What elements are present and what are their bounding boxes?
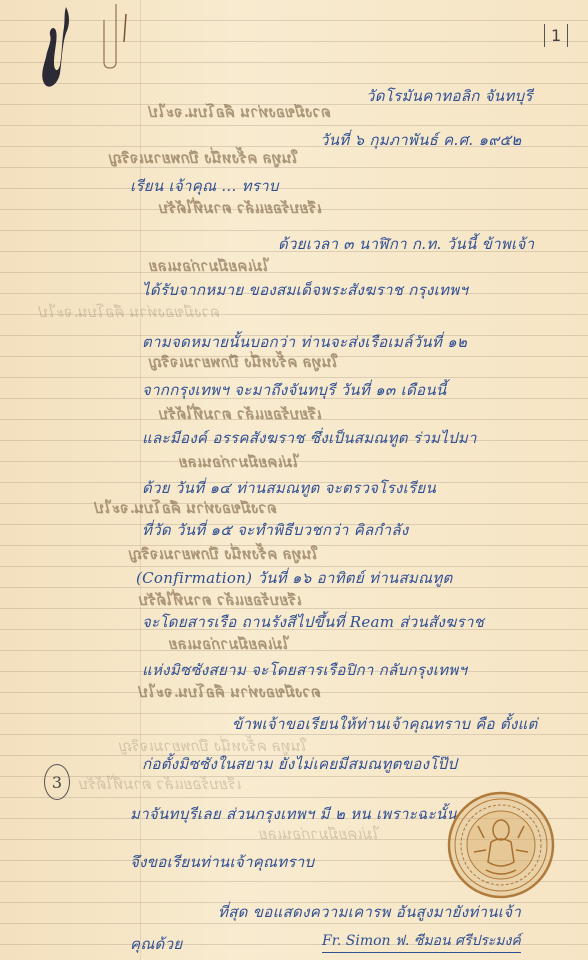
body-line: ข้าพเจ้าขอเรียนให้ท่านเจ้าคุณทราบ คือ ตั…: [232, 712, 538, 736]
salutation: เรียน เจ้าคุณ ... ทราบ: [130, 174, 279, 198]
bleed-through-text: เรียบร้อยแล้ว ตามที่ได้รับ: [140, 588, 303, 612]
page-number: 1: [544, 24, 568, 47]
bleed-through-text: ไม่เคยมีมาก่อนเลย: [150, 254, 271, 278]
body-line: ได้รับจากหมาย ของสมเด็จพระสังฆราช กรุงเท…: [142, 278, 468, 302]
paperclip-icon: [98, 0, 132, 70]
ink-blot-mark: [40, 5, 80, 93]
bleed-through-text: เรียบร้อยแล้ว ตามที่ได้รับ: [160, 402, 323, 426]
bleed-through-text: ดวงมีของท่าน คือโบน.จะไป: [140, 680, 322, 704]
body-line: จึงขอเรียนท่านเจ้าคุณทราบ: [130, 850, 314, 874]
bleed-through-text: ในทูล ครั้งหนึ่ง ปีกพยามเจริญ: [150, 350, 340, 374]
bleed-through-text: ในทูล ครั้งหนึ่ง ปีกพยามเจริญ: [130, 542, 320, 566]
bleed-through-text: ในทูล ครั้งหนึ่ง ปีกพยามเจริญ: [110, 146, 300, 170]
body-line: แห่งมิซซังสยาม จะโดยสารเรือปิกา กลับกรุง…: [142, 658, 467, 682]
bleed-through-text: เรียบร้อยแล้ว ตามที่ได้รับ: [160, 196, 323, 220]
bleed-through-text: ดวงมีของท่าน คือโบน.จะไป: [40, 300, 221, 324]
bleed-through-text: ไม่เคยมีมาก่อนเลย: [170, 632, 291, 656]
body-line: และมีองค์ อรรคสังฆราช ซึ่งเป็นสมณทูต ร่ว…: [142, 426, 477, 450]
bleed-through-text: ไม่เคยมีมาก่อนเลย: [180, 450, 301, 474]
body-line-ream: จะโดยสารเรือ ถานรังสีไปขึ้นที่ Ream ส่วน…: [142, 610, 484, 634]
closing-line: ที่สุด ขอแสดงความเคารพ อันสูงมายังท่านเจ…: [218, 900, 521, 924]
body-line: ด้วยเวลา ๓ นาฬิกา ก.ท. วันนี้ ข้าพเจ้า: [278, 232, 534, 256]
body-line: จากกรุงเทพฯ จะมาถึงจันทบุรี วันที่ ๑๓ เด…: [142, 378, 446, 402]
bleed-through-text: ดวงมีของท่าน คือโบน.จะไป: [150, 100, 332, 124]
header-date: วันที่ ๖ กุมภาพันธ์ ค.ศ. ๑๙๕๒: [320, 128, 521, 152]
body-line: ที่วัด วันที่ ๑๕ จะทำพิธีบวชกว่า คิลกำลั…: [142, 518, 408, 542]
bleed-through-text: เรียบร้อยแล้ว ตามที่ได้รับ: [80, 772, 242, 796]
header-location: วัดโรมันคาทอลิก จันทบุรี: [366, 84, 533, 108]
signature: Fr. Simon ฟ. ซีมอน ศรีประมงค์: [322, 930, 521, 953]
margin-circled-number: 3: [44, 764, 70, 800]
closing-line-end: คุณด้วย: [130, 932, 182, 956]
body-line-confirmation: (Confirmation) วันที่ ๑๖ อาทิตย์ ท่านสมณ…: [136, 566, 453, 590]
bleed-through-text: ดวงมีของท่าน คือโบน.จะไป: [96, 496, 278, 520]
archive-seal-icon: [446, 790, 556, 900]
bleed-through-text: ไม่เคยมีมาก่อนเลย: [260, 822, 381, 846]
